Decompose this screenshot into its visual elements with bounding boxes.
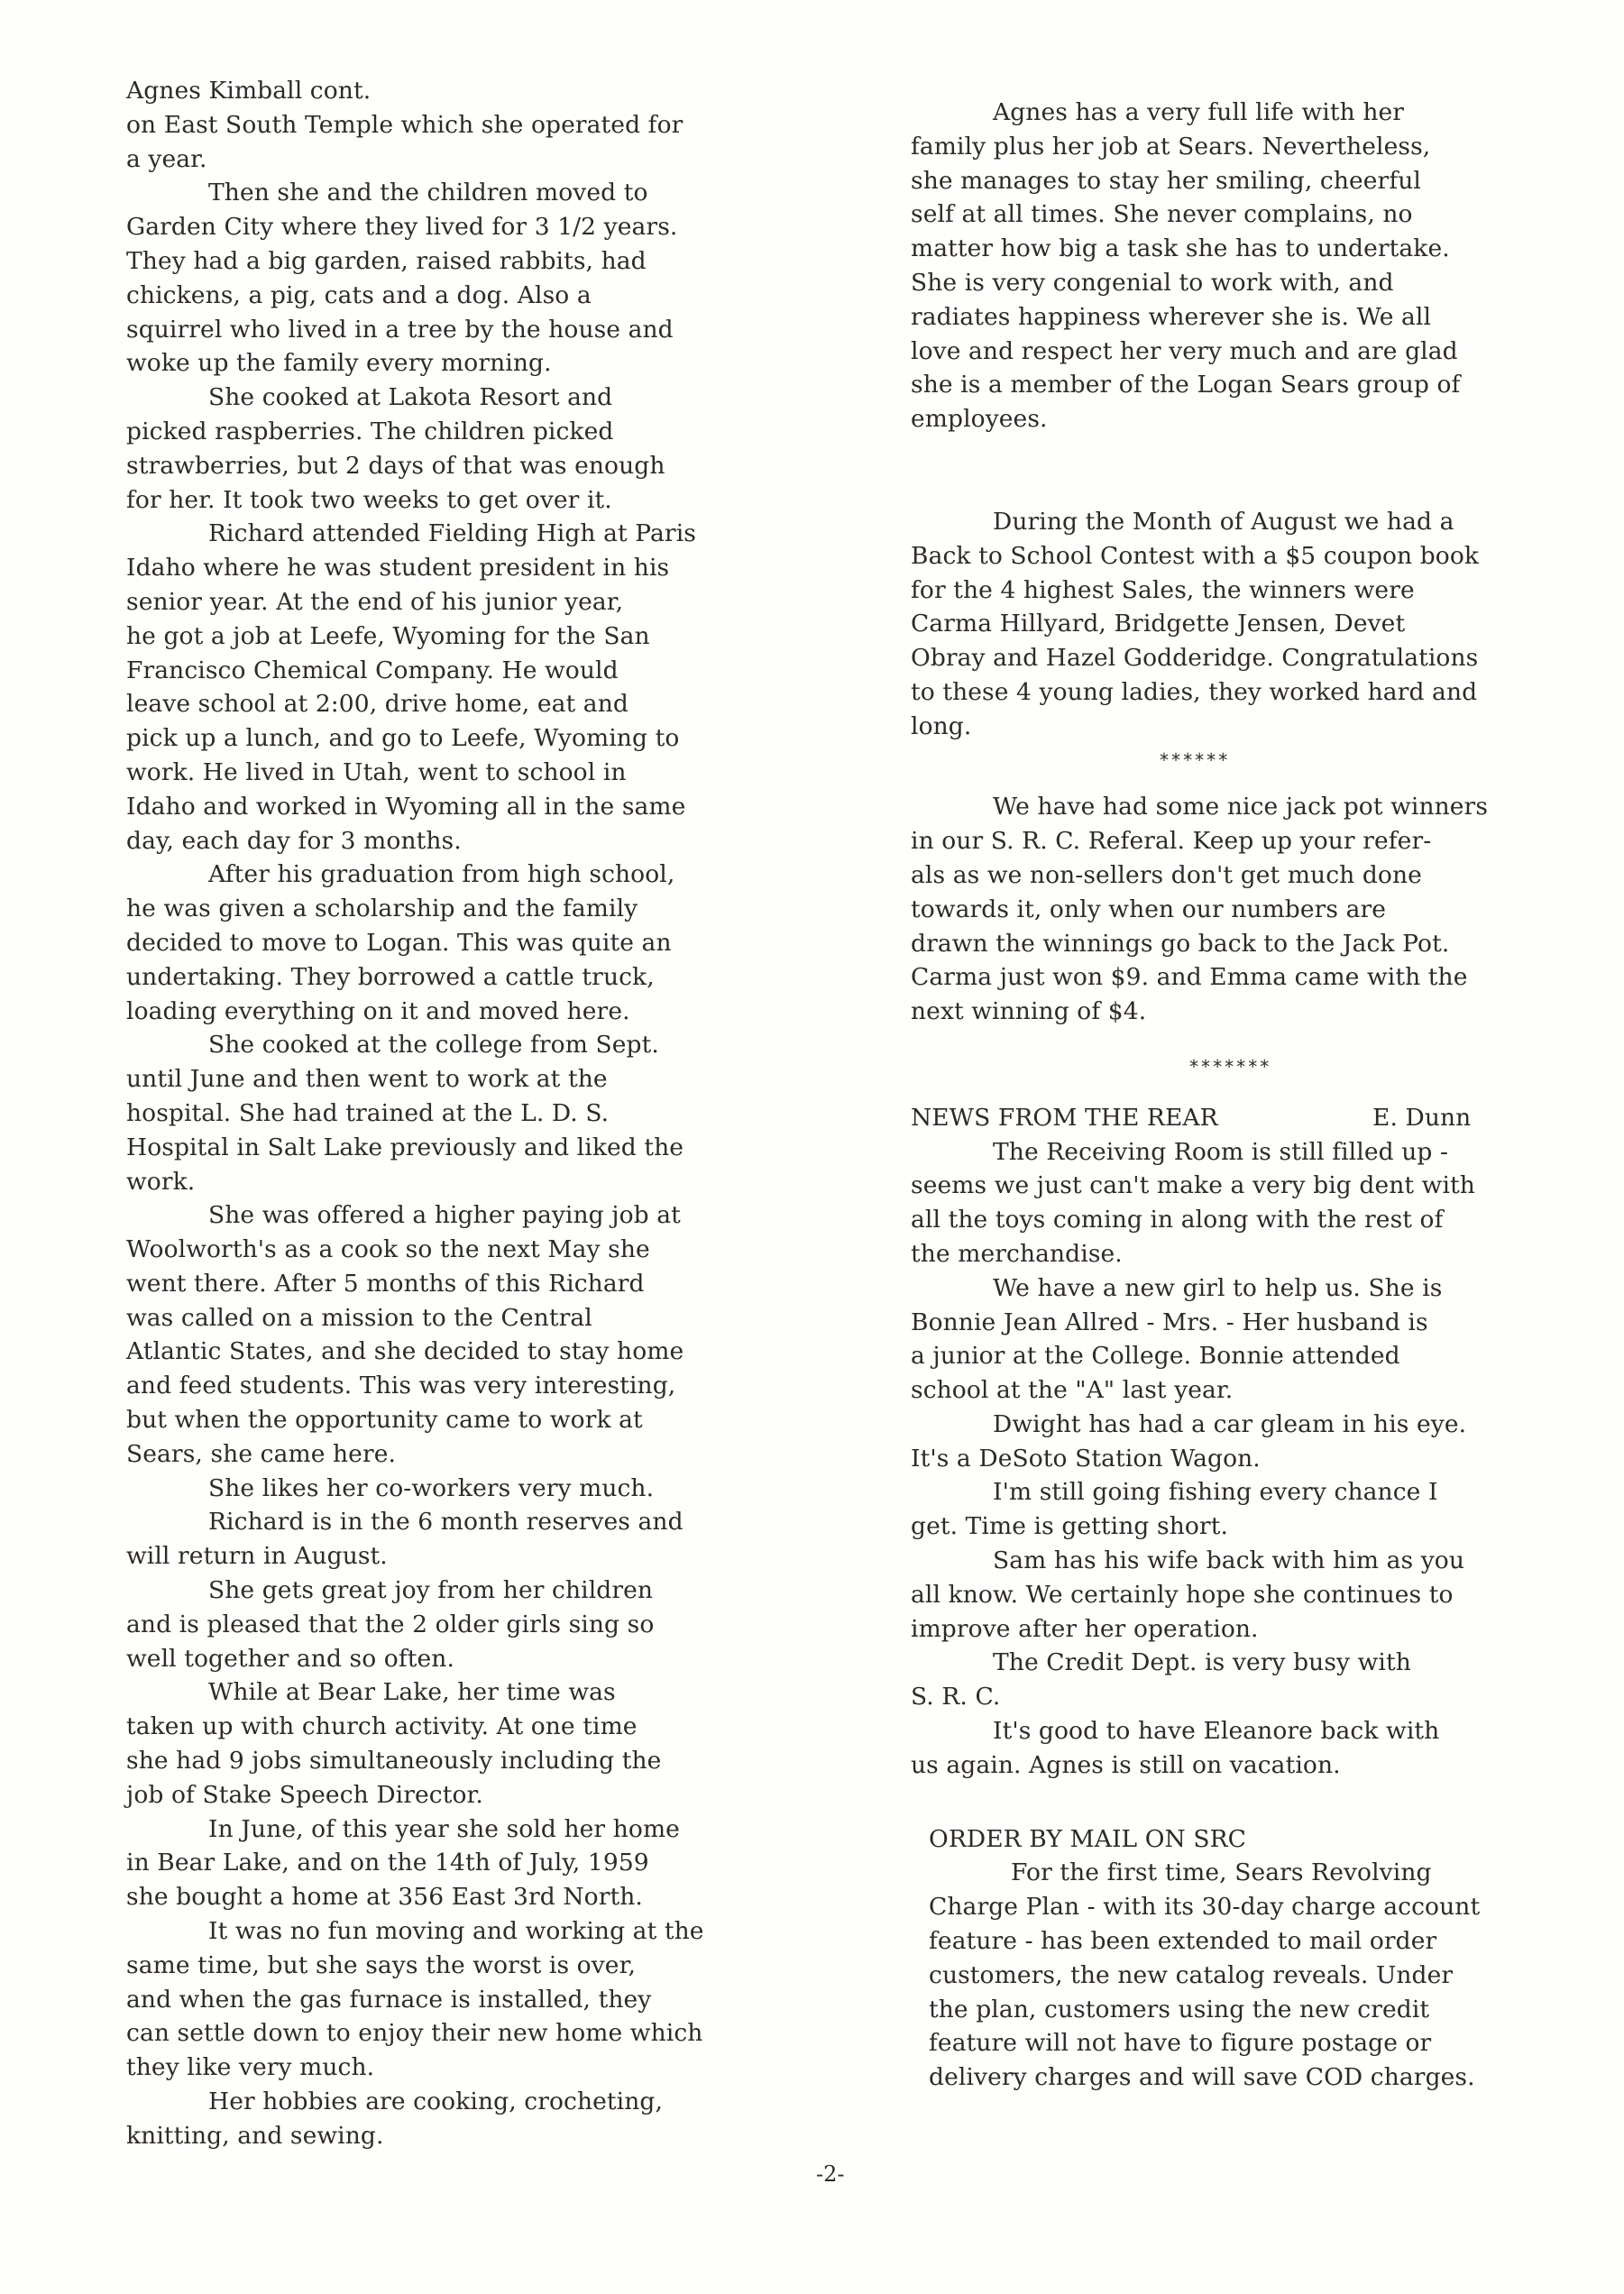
paragraph: Her hobbies are cooking, crocheting,knit…	[126, 2085, 775, 2153]
left-column: Agnes Kimball cont. on East South Temple…	[126, 74, 775, 2153]
text-line: She is very congenial to work with, and	[911, 266, 1560, 300]
text-line: he got a job at Leefe, Wyoming for the S…	[126, 619, 775, 654]
text-line: decided to move to Logan. This was quite…	[126, 926, 775, 960]
text-line: After his graduation from high school,	[126, 858, 775, 892]
text-line: and feed students. This was very interes…	[126, 1369, 775, 1403]
text-line: she bought a home at 356 East 3rd North.	[126, 1880, 775, 1914]
text-line: for her. It took two weeks to get over i…	[126, 483, 775, 518]
paragraph: She cooked at Lakota Resort andpicked ra…	[126, 381, 775, 517]
text-line: and is pleased that the 2 older girls si…	[126, 1608, 775, 1642]
agnes-kimball-story: on East South Temple which she operated …	[126, 108, 775, 2153]
spacer	[911, 436, 1560, 505]
paragraph: It's good to have Eleanore back withus a…	[911, 1714, 1560, 1783]
spacer	[911, 1783, 1560, 1822]
text-line: Richard is in the 6 month reserves and	[126, 1505, 775, 1539]
text-line: school at the "A" last year.	[911, 1373, 1560, 1408]
text-line: was called on a mission to the Central	[126, 1301, 775, 1335]
text-line: Atlantic States, and she decided to stay…	[126, 1335, 775, 1369]
text-line: work. He lived in Utah, went to school i…	[126, 756, 775, 790]
text-line: In June, of this year she sold her home	[126, 1812, 775, 1847]
text-line: job of Stake Speech Director.	[126, 1778, 775, 1812]
continuation-header: Agnes Kimball cont.	[126, 74, 775, 108]
text-line: Her hobbies are cooking, crocheting,	[126, 2085, 775, 2119]
text-line: but when the opportunity came to work at	[126, 1403, 775, 1437]
text-line: Then she and the children moved to	[126, 176, 775, 210]
text-line: Obray and Hazel Godderidge. Congratulati…	[911, 641, 1560, 675]
text-line: picked raspberries. The children picked	[126, 415, 775, 449]
text-line: She cooked at Lakota Resort and	[126, 381, 775, 415]
text-line: During the Month of August we had a	[911, 505, 1560, 539]
text-line: to these 4 young ladies, they worked har…	[911, 675, 1560, 710]
text-line: feature will not have to figure postage …	[929, 2026, 1560, 2060]
news-from-the-rear-heading-row: NEWS FROM THE REAR E. Dunn	[911, 1101, 1560, 1135]
news-from-the-rear-body: The Receiving Room is still filled up -s…	[911, 1135, 1560, 1783]
text-line: Richard attended Fielding High at Paris	[126, 517, 775, 551]
text-line: Sam has his wife back with him as you	[911, 1544, 1560, 1578]
text-line: Idaho where he was student president in …	[126, 551, 775, 585]
right-column: Agnes has a very full life with herfamil…	[911, 96, 1560, 2095]
text-line: seems we just can't make a very big dent…	[911, 1169, 1560, 1203]
news-from-the-rear-heading: NEWS FROM THE REAR	[911, 1104, 1218, 1132]
text-line: they like very much.	[126, 2051, 775, 2085]
text-line: She cooked at the college from Sept.	[126, 1028, 775, 1062]
text-line: in our S. R. C. Referal. Keep up your re…	[911, 824, 1560, 858]
text-line: us again. Agnes is still on vacation.	[911, 1748, 1560, 1783]
text-line: The Receiving Room is still filled up -	[911, 1135, 1560, 1170]
text-line: It was no fun moving and working at the	[126, 1914, 775, 1949]
text-line: chickens, a pig, cats and a dog. Also a	[126, 279, 775, 313]
text-line: feature - has been extended to mail orde…	[929, 1924, 1560, 1959]
text-line: We have a new girl to help us. She is	[911, 1271, 1560, 1306]
text-line: Charge Plan - with its 30-day charge acc…	[929, 1890, 1560, 1924]
section-separator: *******	[911, 1051, 1560, 1085]
text-line: Back to School Contest with a $5 coupon …	[911, 539, 1560, 573]
text-line: S. R. C.	[911, 1680, 1560, 1714]
text-line: Garden City where they lived for 3 1/2 y…	[126, 210, 775, 244]
paragraph: She likes her co-workers very much.	[126, 1472, 775, 1506]
text-line: family plus her job at Sears. Neverthele…	[911, 130, 1560, 164]
text-line: Carma Hillyard, Bridgette Jensen, Devet	[911, 607, 1560, 641]
text-line: she had 9 jobs simultaneously including …	[126, 1744, 775, 1778]
text-line: Carma just won $9. and Emma came with th…	[911, 960, 1560, 995]
text-line: self at all times. She never complains, …	[911, 197, 1560, 232]
text-line: Idaho and worked in Wyoming all in the s…	[126, 790, 775, 824]
paragraph: Sam has his wife back with him as youall…	[911, 1544, 1560, 1646]
text-line: can settle down to enjoy their new home …	[126, 2016, 775, 2051]
text-line: and when the gas furnace is installed, t…	[126, 1983, 775, 2017]
paragraph: She gets great joy from her childrenand …	[126, 1574, 775, 1675]
text-line: employees.	[911, 402, 1560, 436]
paragraph: Richard attended Fielding High at ParisI…	[126, 517, 775, 858]
text-line: squirrel who lived in a tree by the hous…	[126, 313, 775, 347]
text-line: She likes her co-workers very much.	[126, 1472, 775, 1506]
text-line: went there. After 5 months of this Richa…	[126, 1267, 775, 1301]
text-line: for the 4 highest Sales, the winners wer…	[911, 573, 1560, 608]
text-line: a junior at the College. Bonnie attended	[911, 1339, 1560, 1373]
spacer	[911, 777, 1560, 790]
text-line: senior year. At the end of his junior ye…	[126, 585, 775, 619]
text-line: We have had some nice jack pot winners	[911, 790, 1560, 824]
text-line: For the first time, Sears Revolving	[929, 1856, 1560, 1890]
text-line: he was given a scholarship and the famil…	[126, 892, 775, 926]
paragraph: She was offered a higher paying job atWo…	[126, 1198, 775, 1471]
text-line: day, each day for 3 months.	[126, 824, 775, 858]
text-line: she manages to stay her smiling, cheerfu…	[911, 164, 1560, 198]
text-line: a year.	[126, 142, 775, 177]
page-number: -2-	[816, 2161, 845, 2187]
paragraph: on East South Temple which she operated …	[126, 108, 775, 177]
author-byline: E. Dunn	[1372, 1101, 1471, 1135]
text-line: loading everything on it and moved here.	[126, 995, 775, 1029]
text-line: on East South Temple which she operated …	[126, 108, 775, 142]
paragraph: It was no fun moving and working at thes…	[126, 1914, 775, 2085]
newsletter-page: Agnes Kimball cont. on East South Temple…	[0, 0, 1624, 2294]
paragraph: After his graduation from high school,he…	[126, 858, 775, 1028]
agnes-tribute-article: Agnes has a very full life with herfamil…	[911, 96, 1560, 436]
text-line: I'm still going fishing every chance I	[911, 1475, 1560, 1509]
text-line: next winning of $4.	[911, 995, 1560, 1029]
text-line: customers, the new catalog reveals. Unde…	[929, 1959, 1560, 1993]
text-line: matter how big a task she has to underta…	[911, 232, 1560, 266]
text-line: They had a big garden, raised rabbits, h…	[126, 244, 775, 279]
text-line: all the toys coming in along with the re…	[911, 1203, 1560, 1237]
paragraph: I'm still going fishing every chance Ige…	[911, 1475, 1560, 1544]
text-line: undertaking. They borrowed a cattle truc…	[126, 960, 775, 995]
text-line: will return in August.	[126, 1539, 775, 1574]
paragraph: In June, of this year she sold her homei…	[126, 1812, 775, 1914]
paragraph: The Credit Dept. is very busy withS. R. …	[911, 1646, 1560, 1714]
text-line: towards it, only when our numbers are	[911, 893, 1560, 927]
text-line: get. Time is getting short.	[911, 1509, 1560, 1544]
text-line: Sears, she came here.	[126, 1437, 775, 1472]
paragraph: Then she and the children moved toGarden…	[126, 176, 775, 381]
text-line: same time, but she says the worst is ove…	[126, 1949, 775, 1983]
text-line: long.	[911, 710, 1560, 744]
text-line: in Bear Lake, and on the 14th of July, 1…	[126, 1846, 775, 1880]
paragraph: While at Bear Lake, her time wastaken up…	[126, 1675, 775, 1812]
text-line: pick up a lunch, and go to Leefe, Wyomin…	[126, 721, 775, 756]
paragraph: We have a new girl to help us. She isBon…	[911, 1271, 1560, 1408]
back-to-school-contest-article: During the Month of August we had aBack …	[911, 505, 1560, 744]
text-line: woke up the family every morning.	[126, 346, 775, 381]
text-line: work.	[126, 1165, 775, 1199]
text-line: The Credit Dept. is very busy with	[911, 1646, 1560, 1680]
text-line: als as we non-sellers don't get much don…	[911, 858, 1560, 893]
text-line: all know. We certainly hope she continue…	[911, 1578, 1560, 1612]
paragraph: Richard is in the 6 month reserves andwi…	[126, 1505, 775, 1574]
text-line: delivery charges and will save COD charg…	[929, 2060, 1560, 2095]
text-line: Agnes has a very full life with her	[911, 96, 1560, 130]
text-line: taken up with church activity. At one ti…	[126, 1710, 775, 1744]
section-separator: ******	[911, 744, 1560, 778]
text-line: strawberries, but 2 days of that was eno…	[126, 449, 775, 483]
text-line: drawn the winnings go back to the Jack P…	[911, 927, 1560, 961]
text-line: Woolworth's as a cook so the next May sh…	[126, 1233, 775, 1267]
text-line: improve after her operation.	[911, 1612, 1560, 1647]
text-line: Hospital in Salt Lake previously and lik…	[126, 1131, 775, 1165]
spacer	[911, 1029, 1560, 1051]
text-line: until June and then went to work at the	[126, 1062, 775, 1097]
paragraph: She cooked at the college from Sept.unti…	[126, 1028, 775, 1198]
text-line: It's a DeSoto Station Wagon.	[911, 1442, 1560, 1476]
text-line: Francisco Chemical Company. He would	[126, 654, 775, 688]
paragraph: Dwight has had a car gleam in his eye.It…	[911, 1408, 1560, 1476]
text-line: hospital. She had trained at the L. D. S…	[126, 1097, 775, 1131]
text-line: leave school at 2:00, drive home, eat an…	[126, 687, 775, 721]
text-line: love and respect her very much and are g…	[911, 335, 1560, 369]
text-line: well together and so often.	[126, 1642, 775, 1676]
text-line: the plan, customers using the new credit	[929, 1993, 1560, 2027]
text-line: While at Bear Lake, her time was	[126, 1675, 775, 1710]
order-by-mail-article: For the first time, Sears RevolvingCharg…	[911, 1856, 1560, 2095]
jackpot-article: We have had some nice jack pot winnersin…	[911, 790, 1560, 1029]
text-line: She gets great joy from her children	[126, 1574, 775, 1608]
paragraph: The Receiving Room is still filled up -s…	[911, 1135, 1560, 1271]
text-line: Dwight has had a car gleam in his eye.	[911, 1408, 1560, 1442]
spacer	[911, 1085, 1560, 1101]
order-by-mail-heading: ORDER BY MAIL ON SRC	[911, 1822, 1560, 1857]
text-line: It's good to have Eleanore back with	[911, 1714, 1560, 1748]
text-line: she is a member of the Logan Sears group…	[911, 368, 1560, 402]
text-line: knitting, and sewing.	[126, 2119, 775, 2153]
text-line: the merchandise.	[911, 1237, 1560, 1271]
text-line: radiates happiness wherever she is. We a…	[911, 300, 1560, 335]
text-line: She was offered a higher paying job at	[126, 1198, 775, 1233]
text-line: Bonnie Jean Allred - Mrs. - Her husband …	[911, 1306, 1560, 1340]
